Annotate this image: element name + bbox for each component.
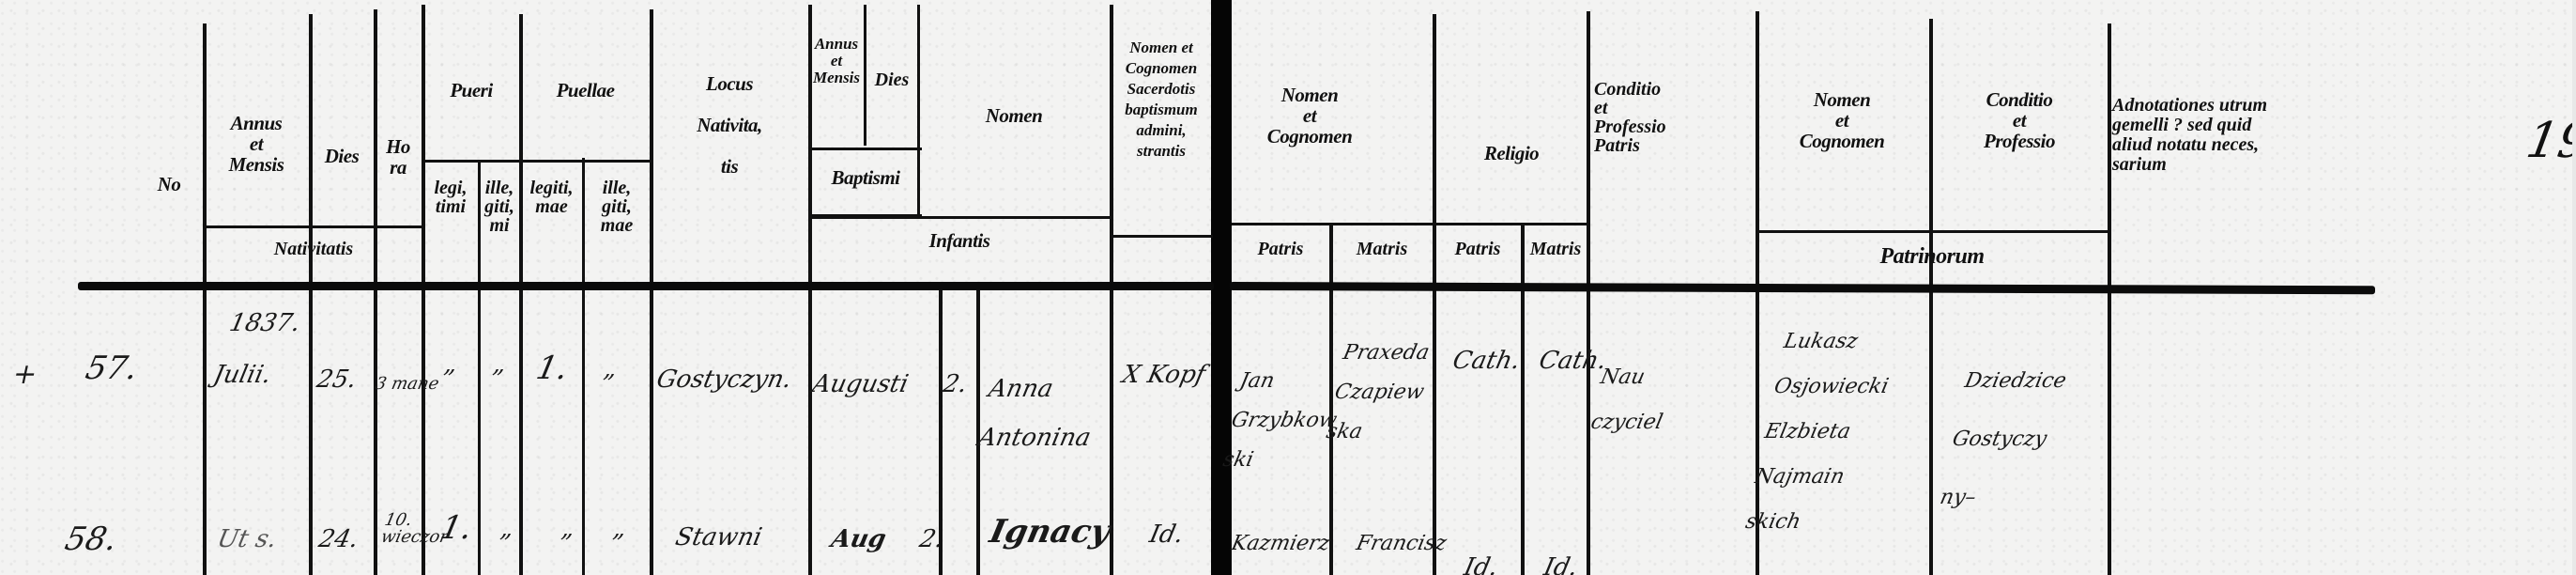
header-nativitatis: Nativitatis [205,240,422,258]
header-patrini-conditio: Conditio et Professio [1932,89,2107,151]
entry-57-godparents-profession: Dziedzice Gostyczy ny– [1934,352,2072,527]
rule-nomen-religio [1433,14,1436,575]
entry-57-religion-father: Cath. [1450,348,1523,374]
header-patrini-nomen: Nomen et Cognomen [1757,89,1926,151]
entry-57-priest: X Kopf [1120,362,1207,388]
header-parentum-nomen: Nomen et Cognomen [1239,85,1380,147]
header-divider-left [78,282,1214,290]
entry-57-puellae-illegitimae: ” [598,371,616,397]
rule-nativitatis [205,225,422,228]
entry-58-infant-name: Ignacy [988,519,1112,545]
entry-58-religion-mother: Id. [1541,554,1580,575]
header-matris-2: Matris [1525,240,1587,258]
rule-parents-sub [1232,223,1588,225]
rule-sacerdos-bottom [1112,235,1213,238]
header-hora: Ho ra [376,136,421,178]
header-bapt-dies: Dies [866,70,918,89]
entry-58-locus: Stawni [673,524,764,551]
rule-pueri-sub [423,160,651,163]
header-adnotationes: Adnotationes utrum gemelli ? sed quid al… [2112,96,2394,175]
page-edge [2572,0,2576,575]
entry-57-hour: 3 mane [374,376,440,393]
header-puellae-illegitimae: ille, giti, mae [584,179,650,235]
entry-58-number: 58. [63,526,119,552]
header-baptismi: Baptismi [809,167,922,188]
header-religio: Religio [1436,143,1587,163]
entry-58-pueri-legitimi: 1. [438,515,474,541]
entry-57-baptism-month: Augusti [810,371,911,397]
entry-57-godparents: Lukasz Osjowiecki Elzbieta Najmain skich [1740,319,1902,545]
entry-57-month: Julii. [211,362,273,388]
entry-58-puellae-illegitimae: ” [607,531,625,557]
rule-patrinorum [1756,230,2108,233]
entry-58-baptism-month: Aug [829,526,888,552]
rule-infantis [809,216,1110,219]
entry-58-puellae-legitimae: ” [556,531,574,557]
header-no: No [141,174,197,194]
entry-57-number: 57. [84,355,140,381]
register-page: No Annus et Mensis Dies Ho ra Nativitati… [0,0,2576,575]
entry-58-father: Kazmierz [1229,531,1332,557]
rule-no-annus [203,23,207,575]
header-pueri: Pueri [423,80,519,101]
header-puellae: Puellae [521,80,650,101]
entry-58-religion-father: Id. [1462,554,1500,575]
entry-58-mother: Francisz [1354,531,1449,557]
entry-57-mother: Praxeda Czapiew ska [1323,334,1436,452]
header-patris-1: Patris [1234,240,1327,258]
header-sacerdos: Nomen et Cognomen Sacerdotis baptismum a… [1112,38,1211,162]
entry-57-day: 25. [314,366,359,393]
entry-58-day: 24. [316,526,360,552]
entry-57-margin-mark: + [10,362,39,388]
entry-57-year: 1837. [227,310,302,336]
header-patrinorum: Patrinorum [1757,246,2107,267]
entry-57-pueri-legitimi: ” [438,366,456,393]
rule-bapt-annus [809,148,922,150]
page-number: 19 [2522,113,2576,169]
header-puellae-legitimae: legiti, mae [521,179,582,216]
header-nomen-infantis: Nomen [920,105,1108,126]
entry-57-pueri-illegitimi: ” [487,366,505,393]
entry-58-priest: Id. [1147,521,1186,548]
rule-annus-dies [309,14,313,575]
header-bapt-annus-mensis: Annus et Mensis [809,36,864,86]
entry-57-baptism-day: 2. [941,371,970,397]
header-patris-2: Patris [1436,240,1519,258]
page-spine [1211,0,1232,575]
header-infantis: Infantis [809,230,1110,251]
entry-58-pueri-illegitimi: ” [495,531,513,557]
header-dies: Dies [311,146,373,166]
header-conditio-patris: Conditio et Professio Patris [1588,80,1759,155]
header-matris-1: Matris [1333,240,1431,258]
rule-patrini-adnotationes [2108,23,2111,575]
header-pueri-illegitimi: ille, giti, mi [480,179,519,235]
header-divider-right [1230,282,2375,294]
header-pueri-legitimi: legi, timi [423,179,478,216]
header-locus-nativitatis: Locus Nativita, tis [652,73,807,177]
rule-dies-hora [374,9,377,575]
entry-57-infant-name: Anna Antonina [974,365,1106,462]
entry-57-locus: Gostyczyn. [654,366,794,393]
entry-58-month: Ut s. [215,526,279,552]
entry-57-religion-mother: Cath. [1537,348,1609,374]
entry-57-puellae-legitimae: 1. [534,355,570,381]
header-annus-mensis: Annus et Mensis [205,113,308,175]
rule-rel-patris-matris [1521,224,1525,575]
